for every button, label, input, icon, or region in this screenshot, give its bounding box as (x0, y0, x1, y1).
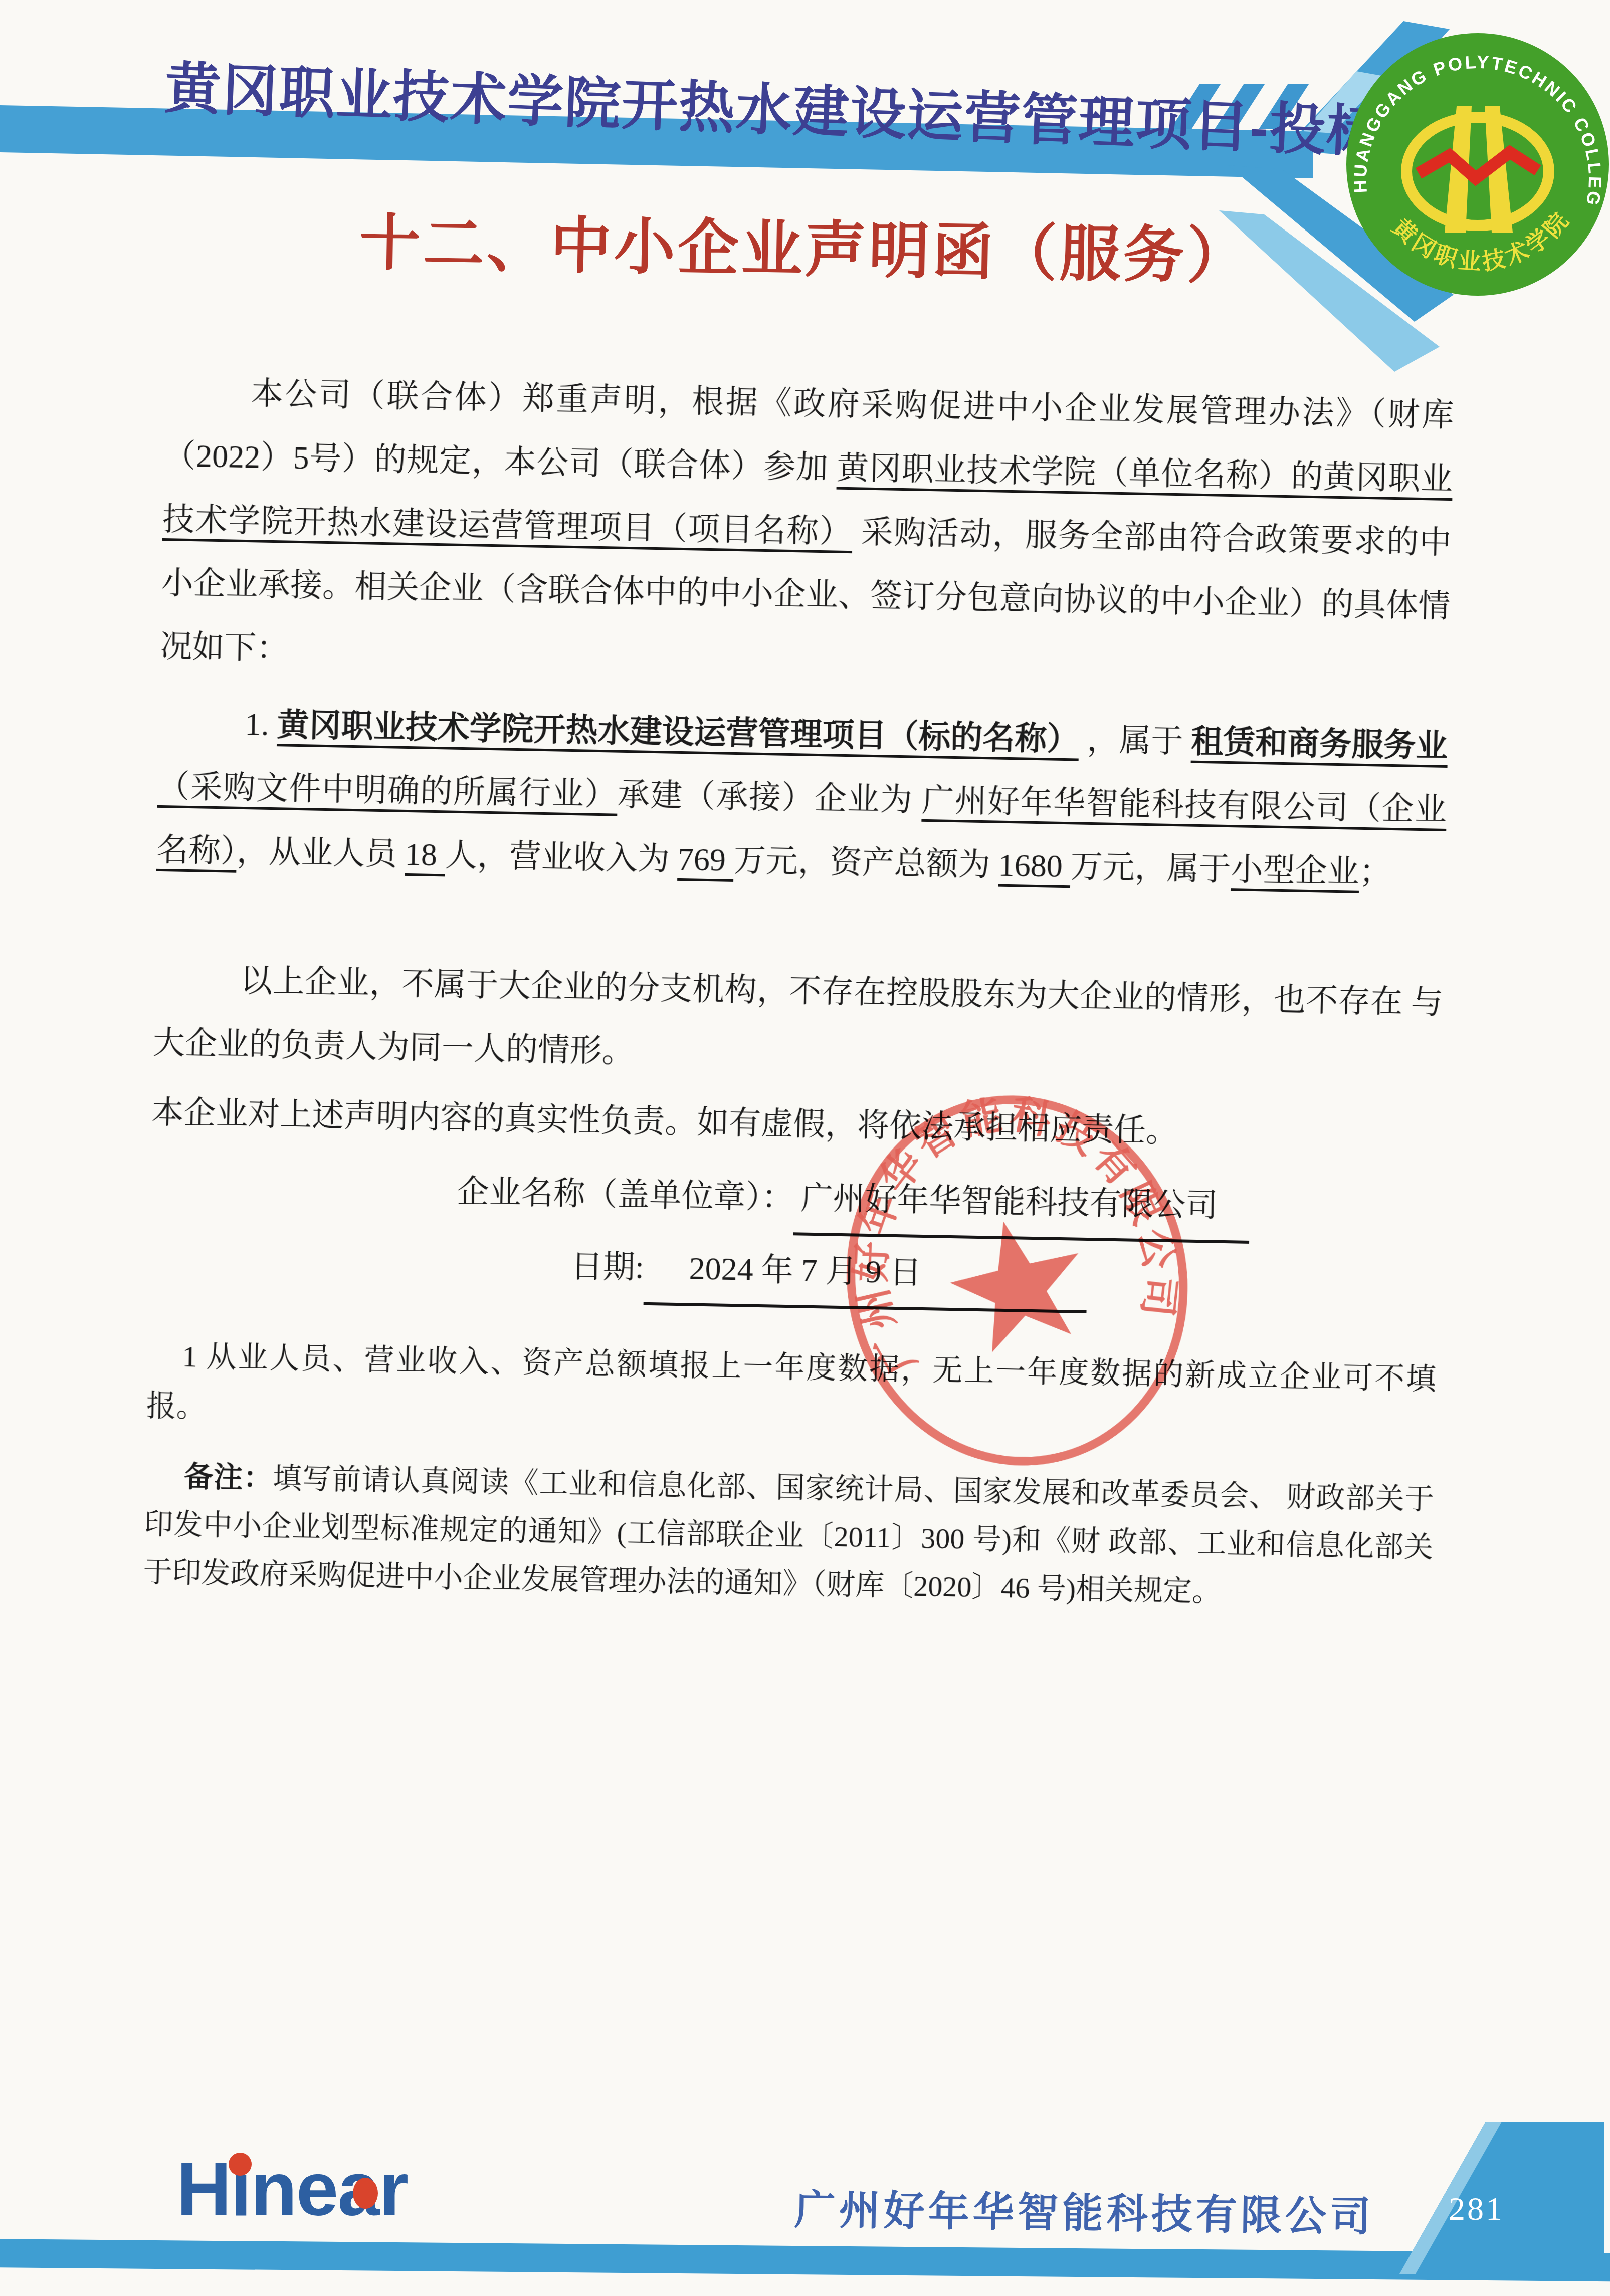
filled-blank-employees: 18 (405, 836, 445, 872)
footer-company-name: 广州好年华智能科技有限公司 (794, 2177, 1374, 2243)
text-segment: 万元，资产总额为 (733, 842, 998, 883)
note-text: 填写前请认真阅读《工业和信息化部、国家统计局、国家发展和改革委员会、 财政部关于… (143, 1462, 1434, 1608)
note-label: 备注： (184, 1460, 273, 1494)
seal-company-text: 广州好年华智能科技有限公司 (831, 1078, 1196, 1395)
filled-blank-enterprise-size: 小型企业 (1231, 851, 1359, 889)
date-label: 日期: (570, 1248, 644, 1285)
footer-band (0, 2239, 1610, 2281)
filled-blank-subject-name: 黄冈职业技术学院开热水建设运营管理项目（标的名称） (277, 707, 1079, 757)
company-seal-stamp: 广州好年华智能科技有限公司 (831, 1078, 1203, 1480)
text-segment: 人，营业收入为 (445, 837, 678, 876)
seal-star-icon (939, 1207, 1096, 1358)
page-title: 十二、中小企业声明函（服务） (359, 193, 1252, 295)
note-paragraph: 备注：填写前请认真阅读《工业和信息化部、国家统计局、国家发展和改革委员会、 财政… (143, 1452, 1435, 1620)
filled-blank-industry: 租赁和商务服务业 (1191, 724, 1448, 764)
footnote-1: 1 从业人员、营业收入、资产总额填报上一年度数据，无上一年度数据的新成立企业可不… (146, 1331, 1437, 1455)
filled-blank-assets: 1680 (998, 847, 1071, 884)
page-number: 281 (1449, 2191, 1504, 2227)
industry-note: （采购文件中明确的所属行业） (157, 768, 618, 812)
signature-label: 企业名称（盖单位章）： (457, 1174, 794, 1215)
list-number: 1. (245, 706, 277, 742)
hinear-red-oval-icon (353, 2178, 378, 2209)
text-segment: 承建（承接）企业为 (617, 777, 922, 818)
footer-corner-graphic: 281 (1374, 2114, 1610, 2277)
filled-blank-revenue: 769 (677, 841, 734, 878)
text-segment: ，从业人员 (236, 833, 405, 872)
hinear-red-dot-icon (229, 2153, 252, 2176)
college-logo: HUANGGANG POLYTECHNIC COLLEGE 黄冈职业技术学院 (1342, 20, 1610, 311)
text-segment: ，属于 (1079, 722, 1191, 759)
paragraph-declaration: 本公司（联合体）郑重声明，根据《政府采购促进中小企业发展管理办法》（财库（202… (159, 360, 1454, 702)
paragraph-enterprise-info: 1. 黄冈职业技术学院开热水建设运营管理项目（标的名称） ，属于 租赁和商务服务… (156, 691, 1449, 905)
hinear-logo: Hinear (176, 2146, 408, 2231)
text-segment: ； (1359, 854, 1391, 890)
document-page: 黄冈职业技术学院开热水建设运营管理项目-投标文件 HUANGGANG POLYT… (0, 0, 1610, 2296)
paragraph-no-affiliation: 以上企业，不属于大企业的分支机构，不存在控股股东为大企业的情形，也不存在 与大企… (152, 947, 1444, 1098)
text-segment: 万元，属于 (1070, 848, 1231, 887)
